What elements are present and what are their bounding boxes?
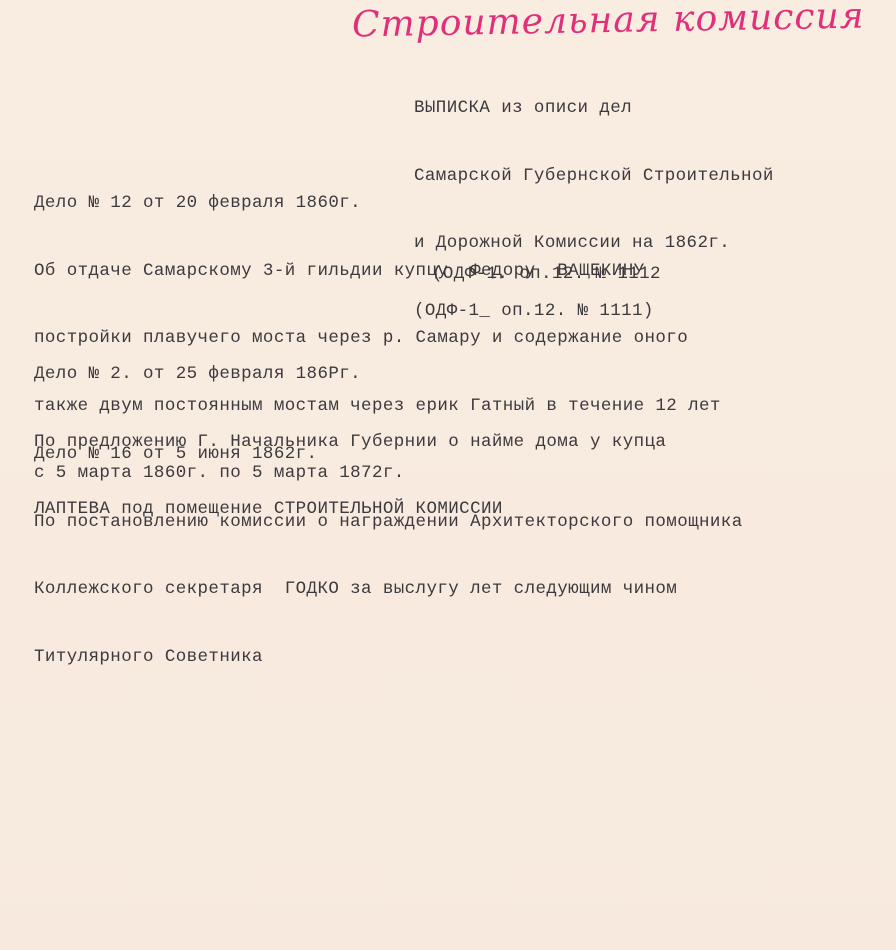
case-body-line: По постановлению комиссии о награждении … <box>34 511 743 534</box>
document-page: Строительная комиссия ВЫПИСКА из описи д… <box>0 0 896 950</box>
header-line: ВЫПИСКА из описи дел <box>414 97 774 120</box>
case-title: Дело № 12 от 20 февраля 1860г. <box>34 192 721 215</box>
handwritten-annotation: Строительная комиссия <box>352 0 865 45</box>
case-body-line: Титулярного Советника <box>34 646 743 669</box>
case-entry-3: Дело № 16 от 5 июня 1862г. По постановле… <box>34 398 743 713</box>
case-title: Дело № 16 от 5 июня 1862г. <box>34 443 743 466</box>
case-body-line: Коллежского секретаря ГОДКО за выслугу л… <box>34 578 743 601</box>
archive-reference: (ОДФ-1. оп.12. № 1112 <box>432 263 661 286</box>
case-title: Дело № 2. от 25 февраля 186Рг. <box>34 363 666 386</box>
